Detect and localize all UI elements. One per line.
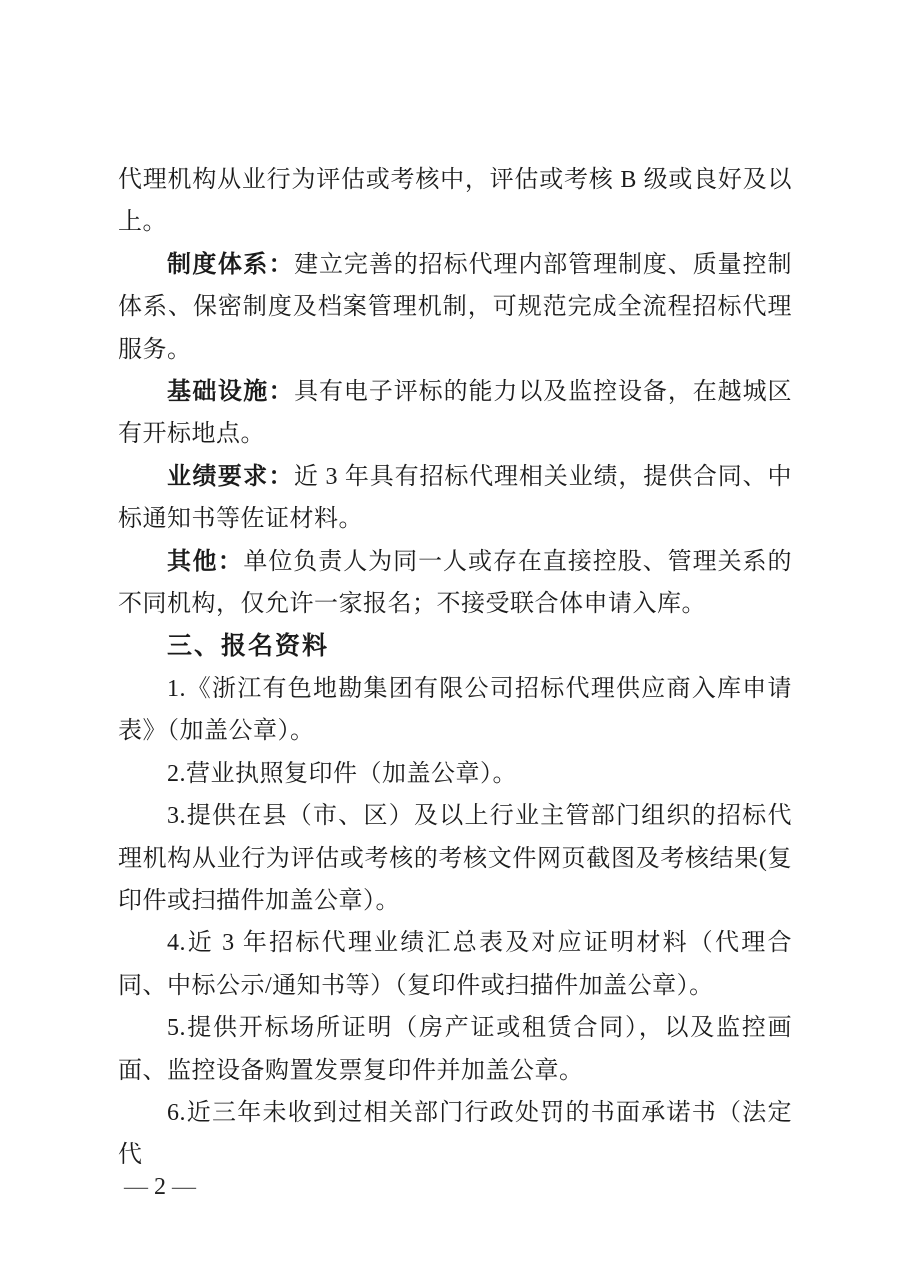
paragraph-text: 3.提供在县（市、区）及以上行业主管部门组织的招标代理机构从业行为评估或考核的考… [118, 803, 792, 914]
page-footer: —2— [118, 1174, 202, 1201]
paragraph: 基础设施：具有电子评标的能力以及监控设备，在越城区有开标地点。 [118, 371, 792, 456]
section-heading: 三、报名资料 [118, 625, 792, 667]
paragraph-text: 6.近三年未收到过相关部门行政处罚的书面承诺书（法定代 [118, 1100, 792, 1168]
paragraph-text: 5.提供开标场所证明（房产证或租赁合同），以及监控画面、监控设备购置发票复印件并… [118, 1015, 792, 1083]
paragraph: 代理机构从业行为评估或考核中，评估或考核 B 级或良好及以上。 [118, 159, 792, 244]
paragraph: 5.提供开标场所证明（房产证或租赁合同），以及监控画面、监控设备购置发票复印件并… [118, 1007, 792, 1092]
paragraph: 制度体系：建立完善的招标代理内部管理制度、质量控制体系、保密制度及档案管理机制，… [118, 244, 792, 371]
paragraph: 6.近三年未收到过相关部门行政处罚的书面承诺书（法定代 [118, 1092, 792, 1177]
footer-left-dash: — [118, 1174, 154, 1200]
document-page: 代理机构从业行为评估或考核中，评估或考核 B 级或良好及以上。制度体系：建立完善… [0, 0, 900, 1273]
paragraph: 2.营业执照复印件（加盖公章）。 [118, 753, 792, 795]
footer-page-number: 2 [154, 1174, 166, 1200]
paragraph: 3.提供在县（市、区）及以上行业主管部门组织的招标代理机构从业行为评估或考核的考… [118, 795, 792, 922]
paragraph-text: 4.近 3 年招标代理业绩汇总表及对应证明材料（代理合同、中标公示/通知书等）（… [118, 930, 792, 998]
paragraph-text: 1.《浙江有色地勘集团有限公司招标代理供应商入库申请表》（加盖公章）。 [118, 676, 792, 744]
paragraph: 4.近 3 年招标代理业绩汇总表及对应证明材料（代理合同、中标公示/通知书等）（… [118, 922, 792, 1007]
paragraph: 1.《浙江有色地勘集团有限公司招标代理供应商入库申请表》（加盖公章）。 [118, 668, 792, 753]
paragraph: 其他：单位负责人为同一人或存在直接控股、管理关系的不同机构，仅允许一家报名；不接… [118, 541, 792, 626]
paragraph: 业绩要求：近 3 年具有招标代理相关业绩，提供合同、中标通知书等佐证材料。 [118, 456, 792, 541]
paragraph-lead: 业绩要求： [167, 463, 294, 490]
paragraph-text: 代理机构从业行为评估或考核中，评估或考核 B 级或良好及以上。 [118, 167, 792, 235]
paragraph-lead: 制度体系： [167, 251, 294, 278]
footer-right-dash: — [166, 1174, 202, 1200]
document-body: 代理机构从业行为评估或考核中，评估或考核 B 级或良好及以上。制度体系：建立完善… [118, 159, 792, 1177]
paragraph-lead: 其他： [167, 548, 243, 575]
paragraph-lead: 基础设施： [167, 378, 294, 405]
paragraph-text: 2.营业执照复印件（加盖公章）。 [167, 761, 517, 787]
